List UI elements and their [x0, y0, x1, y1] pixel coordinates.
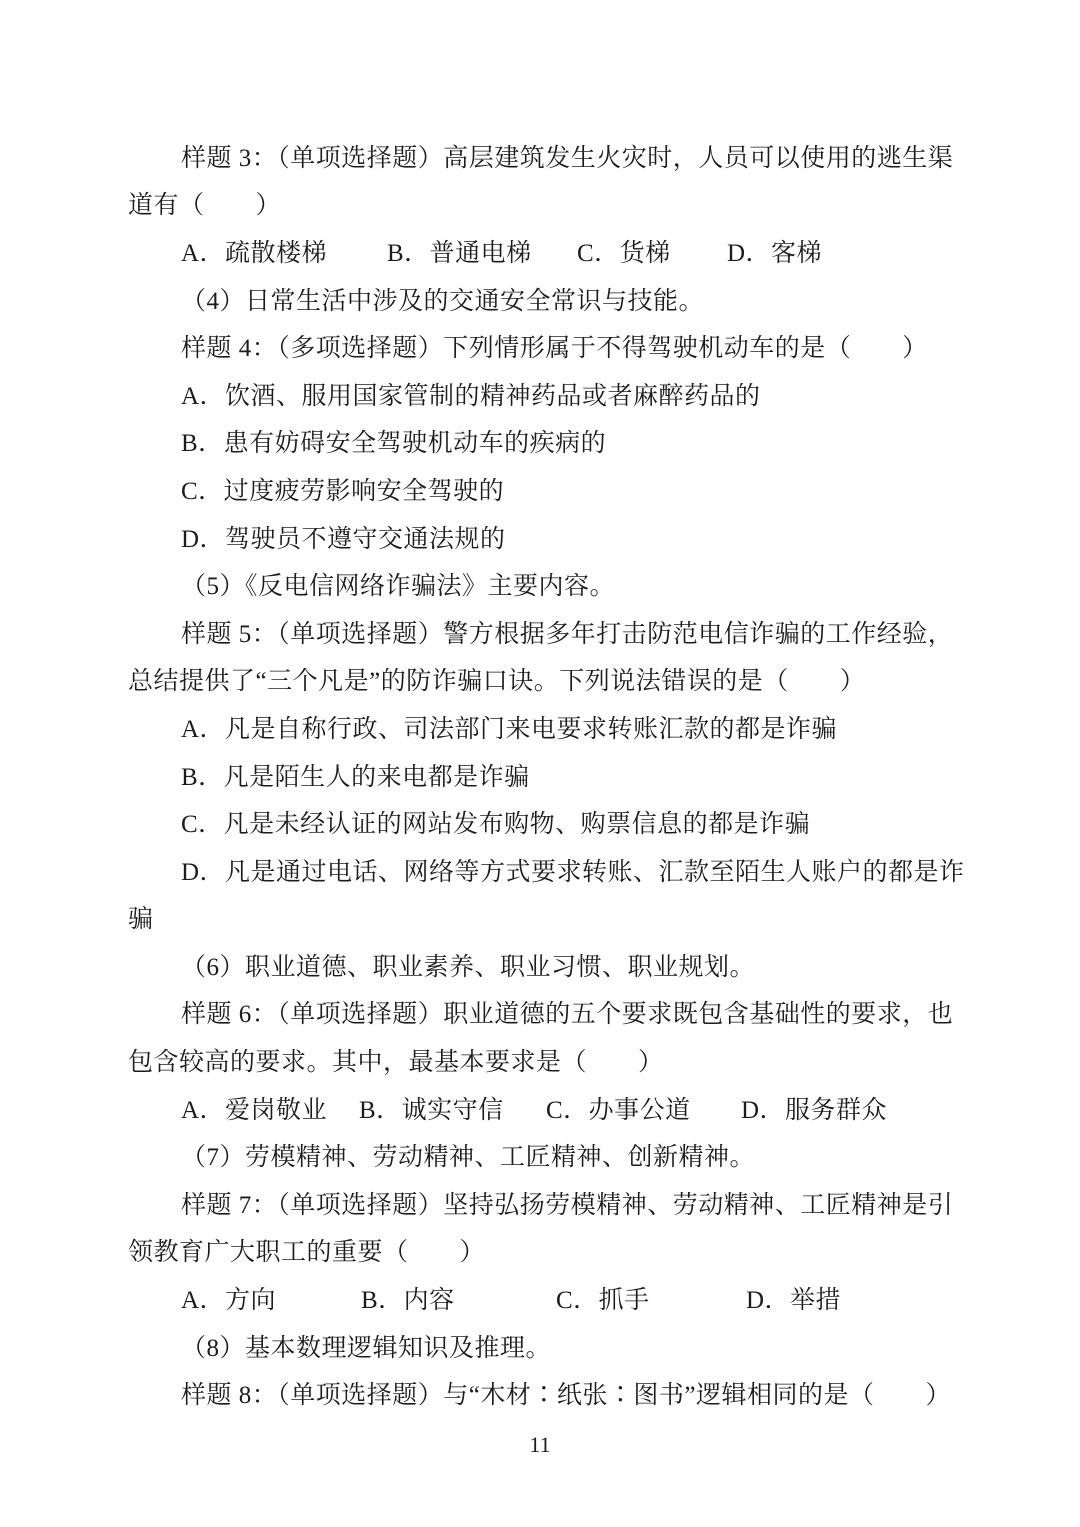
question-7-stem-line-2: 领教育广大职工的重要（ ） — [128, 1227, 962, 1275]
question-6-option-a: A．爱岗敬业 — [181, 1090, 359, 1126]
question-6-stem-line-2: 包含较高的要求。其中，最基本要求是（ ） — [128, 1036, 962, 1084]
question-7-option-d: D．举措 — [746, 1280, 841, 1316]
question-5-option-a: A．凡是自称行政、司法部门来电要求转账汇款的都是诈骗 — [128, 703, 962, 751]
question-6-option-b: B．诚实守信 — [359, 1090, 546, 1126]
question-3-option-row: A．疏散楼梯 B．普通电梯 C．货梯 D．客梯 — [128, 227, 962, 275]
question-6-option-row: A．爱岗敬业 B．诚实守信 C．办事公道 D．服务群众 — [128, 1084, 962, 1132]
question-3-option-c: C．货梯 — [577, 233, 727, 269]
question-4-stem: 样题 4：（多项选择题）下列情形属于不得驾驶机动车的是（ ） — [128, 322, 962, 370]
question-5-stem-line-2: 总结提供了“三个凡是”的防诈骗口诀。下列说法错误的是（ ） — [128, 656, 962, 704]
question-5-option-d-line-1: D．凡是通过电话、网络等方式要求转账、汇款至陌生人账户的都是诈 — [128, 846, 962, 894]
topic-4-heading: （4）日常生活中涉及的交通安全常识与技能。 — [128, 275, 962, 323]
question-3-option-b: B．普通电梯 — [387, 233, 577, 269]
page-number: 11 — [0, 1432, 1080, 1458]
question-6-option-c: C．办事公道 — [546, 1090, 741, 1126]
question-3-stem-line-2: 道有（ ） — [128, 180, 962, 228]
question-8-stem: 样题 8：（单项选择题）与“木材∶纸张∶图书”逻辑相同的是（ ） — [128, 1369, 962, 1417]
question-6-stem-line-1: 样题 6：（单项选择题）职业道德的五个要求既包含基础性的要求，也 — [128, 989, 962, 1037]
question-3-option-a: A．疏散楼梯 — [181, 233, 387, 269]
topic-7-heading: （7）劳模精神、劳动精神、工匠精神、创新精神。 — [128, 1131, 962, 1179]
question-6-option-d: D．服务群众 — [741, 1090, 887, 1126]
question-7-option-c: C．抓手 — [556, 1280, 746, 1316]
topic-6-heading: （6）职业道德、职业素养、职业习惯、职业规划。 — [128, 941, 962, 989]
question-5-stem-line-1: 样题 5：（单项选择题）警方根据多年打击防范电信诈骗的工作经验， — [128, 608, 962, 656]
topic-8-heading: （8）基本数理逻辑知识及推理。 — [128, 1322, 962, 1370]
question-7-stem-line-1: 样题 7：（单项选择题）坚持弘扬劳模精神、劳动精神、工匠精神是引 — [128, 1179, 962, 1227]
question-4-option-a: A．饮酒、服用国家管制的精神药品或者麻醉药品的 — [128, 370, 962, 418]
question-4-option-d: D．驾驶员不遵守交通法规的 — [128, 513, 962, 561]
question-4-option-c: C．过度疲劳影响安全驾驶的 — [128, 465, 962, 513]
question-7-option-a: A．方向 — [181, 1280, 361, 1316]
question-3-stem-line-1: 样题 3：（单项选择题）高层建筑发生火灾时，人员可以使用的逃生渠 — [128, 132, 962, 180]
question-7-option-b: B．内容 — [361, 1280, 556, 1316]
question-7-option-row: A．方向 B．内容 C．抓手 D．举措 — [128, 1274, 962, 1322]
topic-5-heading: （5）《反电信网络诈骗法》主要内容。 — [128, 560, 962, 608]
document-page: 样题 3：（单项选择题）高层建筑发生火灾时，人员可以使用的逃生渠 道有（ ） A… — [0, 0, 1080, 1417]
question-3-option-d: D．客梯 — [727, 233, 822, 269]
question-4-option-b: B．患有妨碍安全驾驶机动车的疾病的 — [128, 418, 962, 466]
question-5-option-d-line-2: 骗 — [128, 894, 962, 942]
question-5-option-c: C．凡是未经认证的网站发布购物、购票信息的都是诈骗 — [128, 798, 962, 846]
question-5-option-b: B．凡是陌生人的来电都是诈骗 — [128, 751, 962, 799]
